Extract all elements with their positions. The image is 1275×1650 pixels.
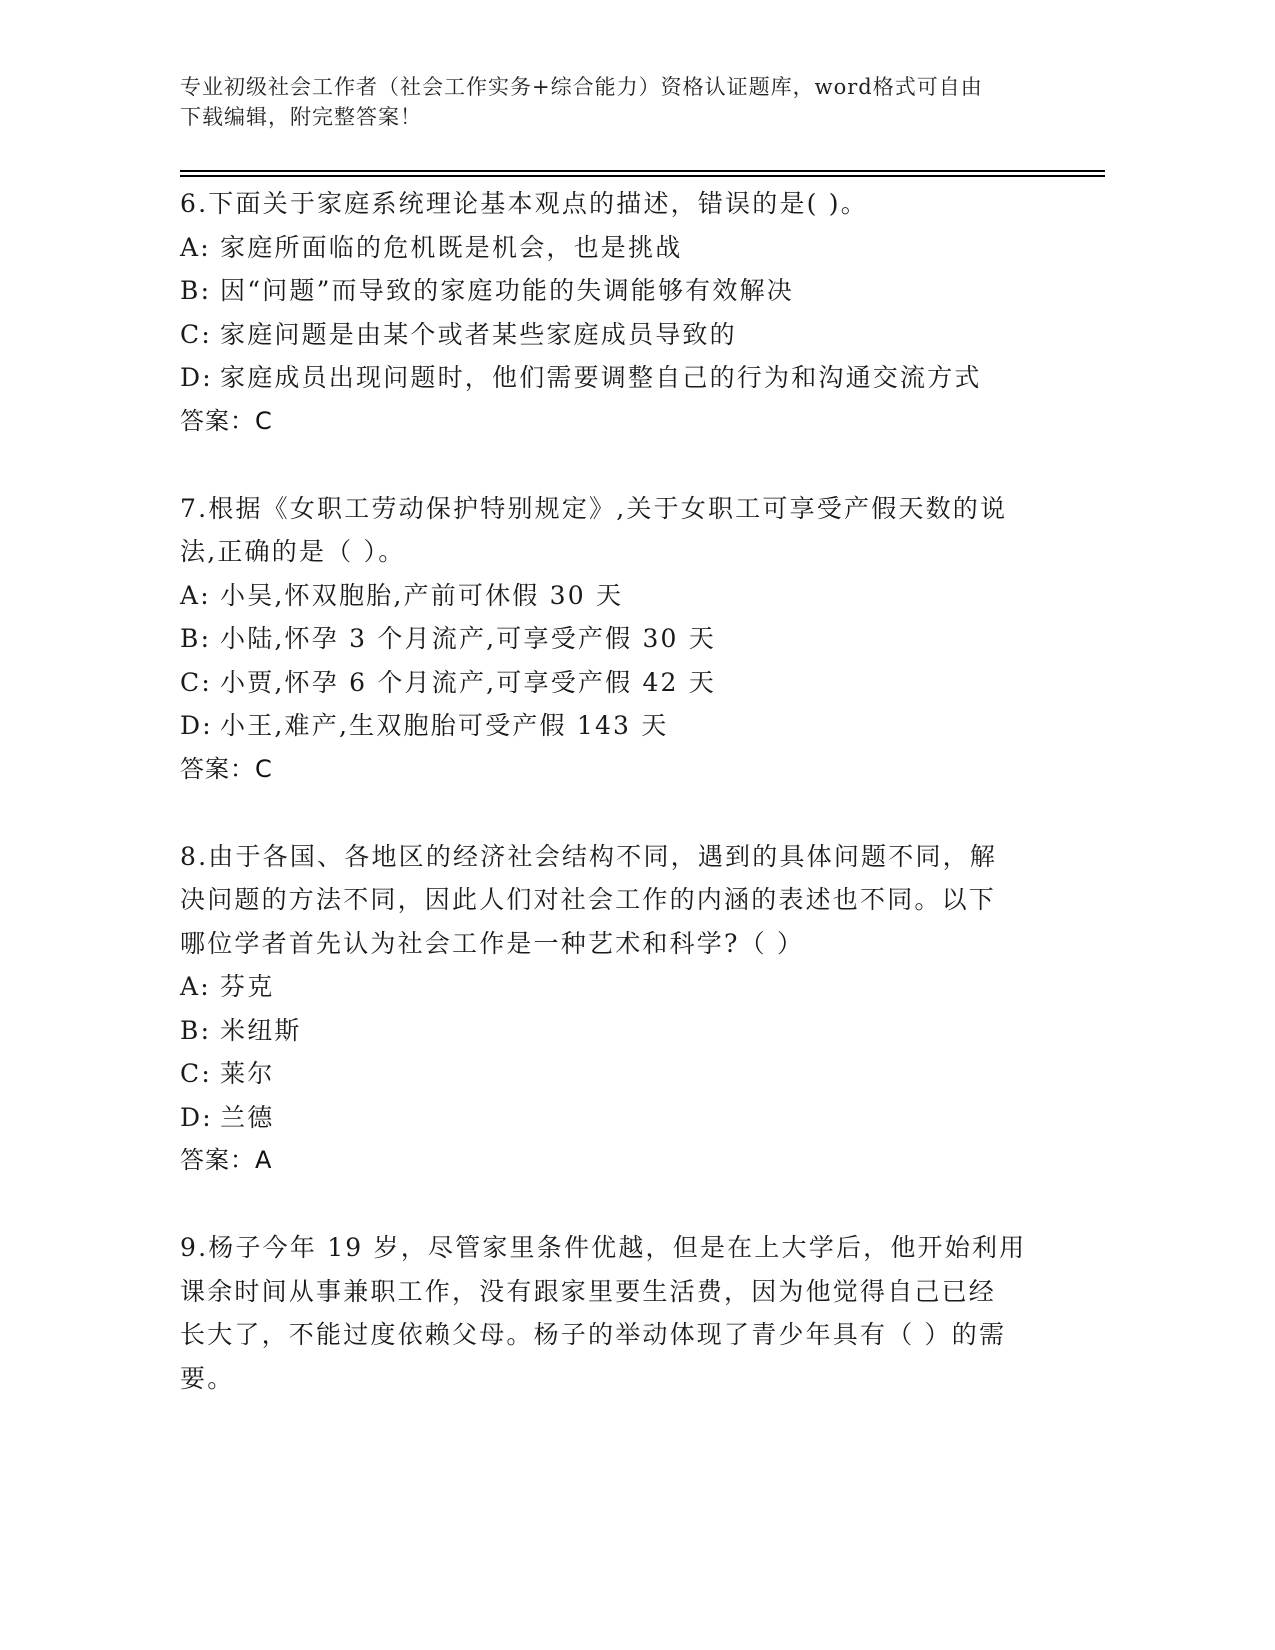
spacer <box>180 1183 1040 1227</box>
option-c: C:家庭问题是由某个或者某些家庭成员导致的 <box>180 313 1040 357</box>
option-c: C:小贾,怀孕 6 个月流产,可享受产假 42 天 <box>180 661 1040 705</box>
question-8: 8.由于各国、各地区的经济社会结构不同，遇到的具体问题不同，解 决问题的方法不同… <box>180 835 1040 1183</box>
option-b: B:因“问题”而导致的家庭功能的失调能够有效解决 <box>180 269 1040 313</box>
option-text: 家庭成员出现问题时，他们需要调整自己的行为和沟通交流方式 <box>220 363 982 392</box>
option-b: B:小陆,怀孕 3 个月流产,可享受产假 30 天 <box>180 617 1040 661</box>
option-letter: B: <box>180 269 220 313</box>
option-text: 因“问题”而导致的家庭功能的失调能够有效解决 <box>220 276 794 305</box>
option-text: 莱尔 <box>220 1059 274 1088</box>
option-letter: D: <box>180 704 220 748</box>
option-a: A:芬克 <box>180 965 1040 1009</box>
question-stem-line-2: 决问题的方法不同，因此人们对社会工作的内涵的表述也不同。以下 <box>180 878 1040 922</box>
question-9: 9.杨子今年 19 岁，尽管家里条件优越，但是在上大学后，他开始利用 课余时间从… <box>180 1226 1040 1400</box>
document-page: 专业初级社会工作者（社会工作实务+综合能力）资格认证题库，word格式可自由 下… <box>0 0 1275 1650</box>
question-stem-line-1: 8.由于各国、各地区的经济社会结构不同，遇到的具体问题不同，解 <box>180 835 1040 879</box>
option-letter: C: <box>180 313 220 357</box>
option-letter: C: <box>180 661 220 705</box>
option-letter: B: <box>180 617 220 661</box>
option-d: D:小王,难产,生双胞胎可受产假 143 天 <box>180 704 1040 748</box>
document-header: 专业初级社会工作者（社会工作实务+综合能力）资格认证题库，word格式可自由 下… <box>180 72 1060 132</box>
option-d: D:兰德 <box>180 1096 1040 1140</box>
option-a: A:家庭所面临的危机既是机会，也是挑战 <box>180 226 1040 270</box>
option-text: 兰德 <box>220 1103 274 1132</box>
option-text: 家庭问题是由某个或者某些家庭成员导致的 <box>220 320 737 349</box>
option-c: C:莱尔 <box>180 1052 1040 1096</box>
question-stem-line-3: 哪位学者首先认为社会工作是一种艺术和科学?（ ） <box>180 922 1040 966</box>
option-letter: A: <box>180 574 220 618</box>
option-letter: B: <box>180 1009 220 1053</box>
option-d: D:家庭成员出现问题时，他们需要调整自己的行为和沟通交流方式 <box>180 356 1040 400</box>
option-b: B:米纽斯 <box>180 1009 1040 1053</box>
option-text: 小吴,怀双胞胎,产前可休假 30 天 <box>220 581 623 610</box>
option-text: 小贾,怀孕 6 个月流产,可享受产假 42 天 <box>220 668 716 697</box>
question-6: 6.下面关于家庭系统理论基本观点的描述，错误的是( )。 A:家庭所面临的危机既… <box>180 182 1040 443</box>
question-stem-line-1: 7.根据《女职工劳动保护特别规定》,关于女职工可享受产假天数的说 <box>180 487 1040 531</box>
option-letter: D: <box>180 356 220 400</box>
spacer <box>180 443 1040 487</box>
spacer <box>180 791 1040 835</box>
question-stem-line-2: 课余时间从事兼职工作，没有跟家里要生活费，因为他觉得自己已经 <box>180 1270 1040 1314</box>
option-letter: A: <box>180 226 220 270</box>
header-line-1: 专业初级社会工作者（社会工作实务+综合能力）资格认证题库，word格式可自由 <box>180 72 1060 102</box>
question-list: 6.下面关于家庭系统理论基本观点的描述，错误的是( )。 A:家庭所面临的危机既… <box>180 182 1040 1400</box>
question-stem-line-3: 长大了，不能过度依赖父母。杨子的举动体现了青少年具有（ ）的需 <box>180 1313 1040 1357</box>
question-stem-line-2: 法,正确的是（ ）。 <box>180 530 1040 574</box>
header-divider-top <box>180 170 1105 172</box>
header-divider-bottom <box>180 175 1105 177</box>
option-letter: D: <box>180 1096 220 1140</box>
header-line-2: 下载编辑，附完整答案！ <box>180 102 1060 132</box>
answer: 答案：A <box>180 1139 1040 1183</box>
question-7: 7.根据《女职工劳动保护特别规定》,关于女职工可享受产假天数的说 法,正确的是（… <box>180 487 1040 792</box>
answer: 答案：C <box>180 748 1040 792</box>
answer: 答案：C <box>180 400 1040 444</box>
option-text: 小陆,怀孕 3 个月流产,可享受产假 30 天 <box>220 624 716 653</box>
option-text: 米纽斯 <box>220 1016 302 1045</box>
option-text: 芬克 <box>220 972 274 1001</box>
option-text: 小王,难产,生双胞胎可受产假 143 天 <box>220 711 669 740</box>
option-a: A:小吴,怀双胞胎,产前可休假 30 天 <box>180 574 1040 618</box>
option-text: 家庭所面临的危机既是机会，也是挑战 <box>220 233 682 262</box>
question-stem-line-1: 9.杨子今年 19 岁，尽管家里条件优越，但是在上大学后，他开始利用 <box>180 1226 1040 1270</box>
option-letter: A: <box>180 965 220 1009</box>
question-stem-line-4: 要。 <box>180 1357 1040 1401</box>
question-stem: 6.下面关于家庭系统理论基本观点的描述，错误的是( )。 <box>180 182 1040 226</box>
option-letter: C: <box>180 1052 220 1096</box>
